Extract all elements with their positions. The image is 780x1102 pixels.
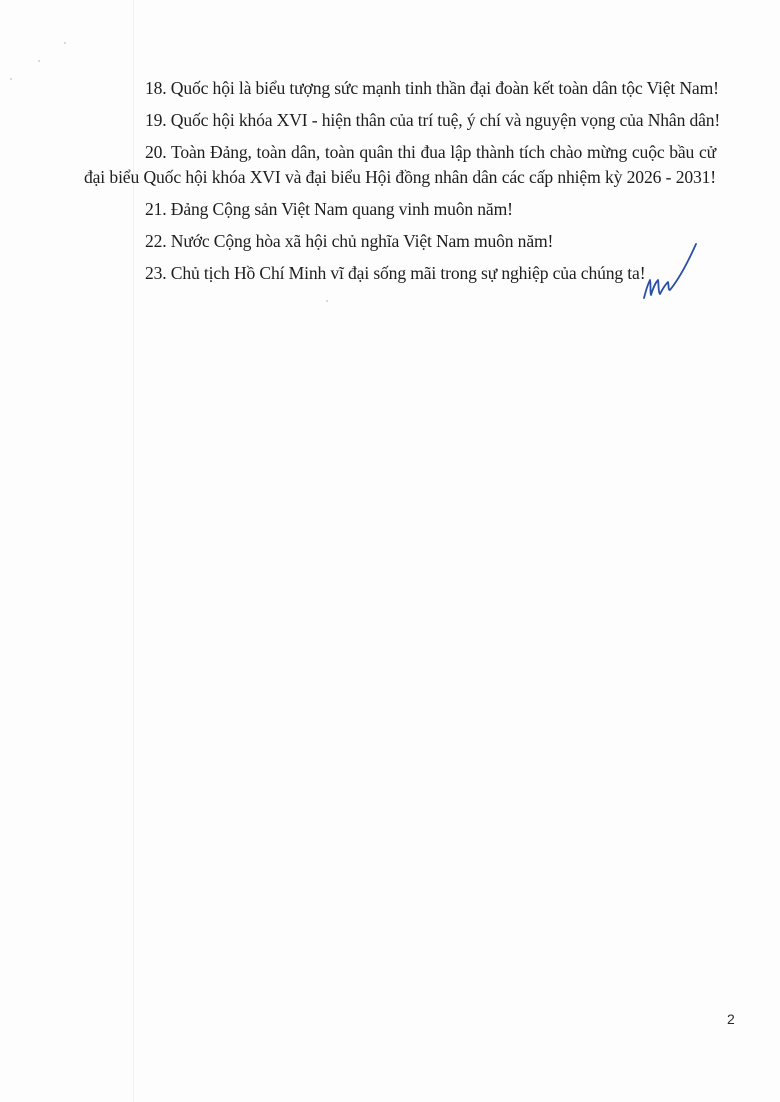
item-number: 23. <box>145 263 167 283</box>
scan-speck <box>10 78 12 80</box>
item-text: Chủ tịch Hồ Chí Minh vĩ đại sống mãi tro… <box>171 263 646 283</box>
item-line-1: 20. Toàn Đảng, toàn dân, toàn quân thi đ… <box>84 140 716 165</box>
handwritten-signature-icon <box>638 240 702 302</box>
item-text: Quốc hội là biểu tượng sức mạnh tinh thầ… <box>171 78 719 98</box>
item-number: 19. <box>145 110 167 130</box>
slogan-item-23: 23. Chủ tịch Hồ Chí Minh vĩ đại sống mãi… <box>84 261 716 286</box>
page-number: 2 <box>727 1011 735 1027</box>
slogan-item-19: 19. Quốc hội khóa XVI - hiện thân của tr… <box>84 108 716 133</box>
item-line-2: đại biểu Quốc hội khóa XVI và đại biểu H… <box>84 165 716 190</box>
scan-speck <box>64 42 66 44</box>
scan-speck <box>326 300 328 302</box>
item-number: 20. <box>145 142 167 162</box>
item-number: 21. <box>145 199 167 219</box>
document-page: 18. Quốc hội là biểu tượng sức mạnh tinh… <box>0 0 780 1102</box>
item-text: Quốc hội khóa XVI - hiện thân của trí tu… <box>171 110 720 130</box>
slogan-item-20: 20. Toàn Đảng, toàn dân, toàn quân thi đ… <box>84 140 716 190</box>
item-number: 18. <box>145 78 167 98</box>
scan-speck <box>38 60 40 62</box>
item-text: Đảng Cộng sản Việt Nam quang vinh muôn n… <box>171 199 513 219</box>
item-number: 22. <box>145 231 167 251</box>
slogan-list: 18. Quốc hội là biểu tượng sức mạnh tinh… <box>84 76 716 293</box>
item-text: Nước Cộng hòa xã hội chủ nghĩa Việt Nam … <box>171 231 553 251</box>
slogan-item-21: 21. Đảng Cộng sản Việt Nam quang vinh mu… <box>84 197 716 222</box>
item-text: Toàn Đảng, toàn dân, toàn quân thi đua l… <box>171 142 716 162</box>
slogan-item-18: 18. Quốc hội là biểu tượng sức mạnh tinh… <box>84 76 716 101</box>
slogan-item-22: 22. Nước Cộng hòa xã hội chủ nghĩa Việt … <box>84 229 716 254</box>
